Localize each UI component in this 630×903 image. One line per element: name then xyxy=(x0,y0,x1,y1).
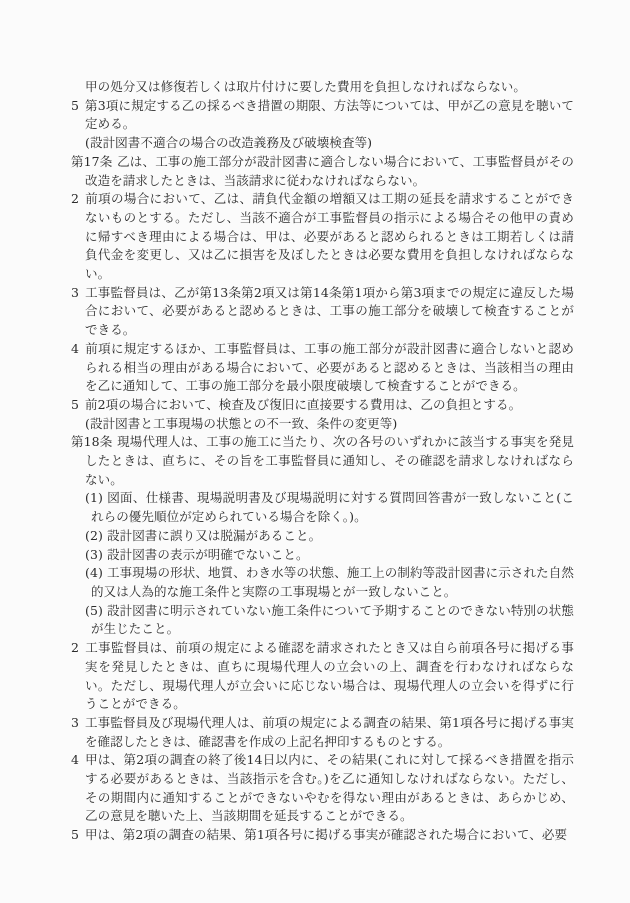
contract-item: (2)設計図書に誤り又は脱漏があること。 xyxy=(71,527,574,546)
item-number: (2) xyxy=(85,527,107,546)
text-run: 設計図書の表示が明確でないこと。 xyxy=(107,547,309,562)
text-run: 甲は、第2項の調査の終了後14日以内に、その結果(これに対して採るべき措置を指示… xyxy=(85,752,574,823)
text-run: 現場代理人は、工事の施工に当たり、次の各号のいずれかに該当する事実を発見したとき… xyxy=(85,434,574,486)
text-run: (設計図書不適合の場合の改造義務及び破壊検査等) xyxy=(85,135,372,150)
paragraph-number: 2 xyxy=(71,190,85,209)
contract-paragraph: 2前項の場合において、乙は、請負代金額の増額又は工期の延長を請求することができな… xyxy=(71,190,574,284)
contract-item: (4)工事現場の形状、地質、わき水等の状態、施工上の制約等設計図書に示された自然… xyxy=(71,564,574,601)
contract-item: (5)設計図書に明示されていない施工条件について予期することのできない特別の状態… xyxy=(71,602,574,639)
article-number: 第18条 xyxy=(71,433,117,452)
item-number: (5) xyxy=(85,602,107,621)
text-run: 前2項の場合において、検査及び復旧に直接要する費用は、乙の負担とする。 xyxy=(85,397,521,412)
text-run: 工事監督員は、乙が第13条第2項又は第14条第1項から第3項までの規定に違反した… xyxy=(85,285,574,337)
contract-paragraph: 3工事監督員及び現場代理人は、前項の規定による調査の結果、第1項各号に掲げる事実… xyxy=(71,714,574,751)
text-run: 乙は、工事の施工部分が設計図書に適合しない場合において、工事監督員がその改造を請… xyxy=(85,154,574,188)
contract-article: 第17条乙は、工事の施工部分が設計図書に適合しない場合において、工事監督員がその… xyxy=(71,153,574,190)
paragraph-number: 4 xyxy=(71,340,85,359)
contract-paragraph: 5第3項に規定する乙の採るべき措置の期限、方法等については、甲が乙の意見を聴いて… xyxy=(71,97,574,134)
paragraph-number: 5 xyxy=(71,826,85,845)
text-run: 図面、仕様書、現場説明書及び現場説明に対する質問回答書が一致しないこと(これらの… xyxy=(91,490,574,524)
contract-item: (3)設計図書の表示が明確でないこと。 xyxy=(71,546,574,565)
text-run: 工事現場の形状、地質、わき水等の状態、施工上の制約等設計図書に示された自然的又は… xyxy=(91,565,574,599)
text-run: 設計図書に誤り又は脱漏があること。 xyxy=(107,528,321,543)
paragraph-number: 5 xyxy=(71,396,85,415)
contract-text-column: 甲の処分又は修復若しくは取片付けに要した費用を負担しなければならない。5第3項に… xyxy=(71,78,574,845)
section-heading: (設計図書不適合の場合の改造義務及び破壊検査等) xyxy=(71,134,574,153)
contract-paragraph: 3工事監督員は、乙が第13条第2項又は第14条第1項から第3項までの規定に違反し… xyxy=(71,284,574,340)
contract-item: (1)図面、仕様書、現場説明書及び現場説明に対する質問回答書が一致しないこと(こ… xyxy=(71,489,574,526)
paragraph-number: 5 xyxy=(71,97,85,116)
paragraph-number: 3 xyxy=(71,714,85,733)
text-run: 甲の処分又は修復若しくは取片付けに要した費用を負担しなければならない。 xyxy=(85,79,526,94)
text-run: 工事監督員及び現場代理人は、前項の規定による調査の結果、第1項各号に掲げる事実を… xyxy=(85,715,574,749)
section-heading: (設計図書と工事現場の状態との不一致、条件の変更等) xyxy=(71,415,574,434)
text-run: 設計図書に明示されていない施工条件について予期することのできない特別の状態が生じ… xyxy=(91,603,574,637)
document-page: 甲の処分又は修復若しくは取片付けに要した費用を負担しなければならない。5第3項に… xyxy=(0,0,630,903)
contract-paragraph: 2工事監督員は、前項の規定による確認を請求されたとき又は自ら前項各号に掲げる事実… xyxy=(71,639,574,714)
item-number: (3) xyxy=(85,546,107,565)
continuation-text: 甲の処分又は修復若しくは取片付けに要した費用を負担しなければならない。 xyxy=(71,78,574,97)
contract-paragraph: 4甲は、第2項の調査の終了後14日以内に、その結果(これに対して採るべき措置を指… xyxy=(71,751,574,826)
text-run: 甲は、第2項の調査の結果、第1項各号に掲げる事実が確認された場合において、必要 xyxy=(85,827,567,842)
article-number: 第17条 xyxy=(71,153,117,172)
text-run: 第3項に規定する乙の採るべき措置の期限、方法等については、甲が乙の意見を聴いて定… xyxy=(85,98,574,132)
contract-paragraph: 5前2項の場合において、検査及び復旧に直接要する費用は、乙の負担とする。 xyxy=(71,396,574,415)
text-run: (設計図書と工事現場の状態との不一致、条件の変更等) xyxy=(85,416,397,431)
item-number: (4) xyxy=(85,564,107,583)
paragraph-number: 2 xyxy=(71,639,85,658)
paragraph-number: 4 xyxy=(71,751,85,770)
text-run: 前項の場合において、乙は、請負代金額の増額又は工期の延長を請求することができない… xyxy=(85,191,574,281)
contract-article: 第18条現場代理人は、工事の施工に当たり、次の各号のいずれかに該当する事実を発見… xyxy=(71,433,574,489)
contract-paragraph: 5甲は、第2項の調査の結果、第1項各号に掲げる事実が確認された場合において、必要 xyxy=(71,826,574,845)
text-run: 工事監督員は、前項の規定による確認を請求されたとき又は自ら前項各号に掲げる事実を… xyxy=(85,640,574,711)
text-run: 前項に規定するほか、工事監督員は、工事の施工部分が設計図書に適合しないと認められ… xyxy=(85,341,574,393)
paragraph-number: 3 xyxy=(71,284,85,303)
item-number: (1) xyxy=(85,489,107,508)
contract-paragraph: 4前項に規定するほか、工事監督員は、工事の施工部分が設計図書に適合しないと認めら… xyxy=(71,340,574,396)
